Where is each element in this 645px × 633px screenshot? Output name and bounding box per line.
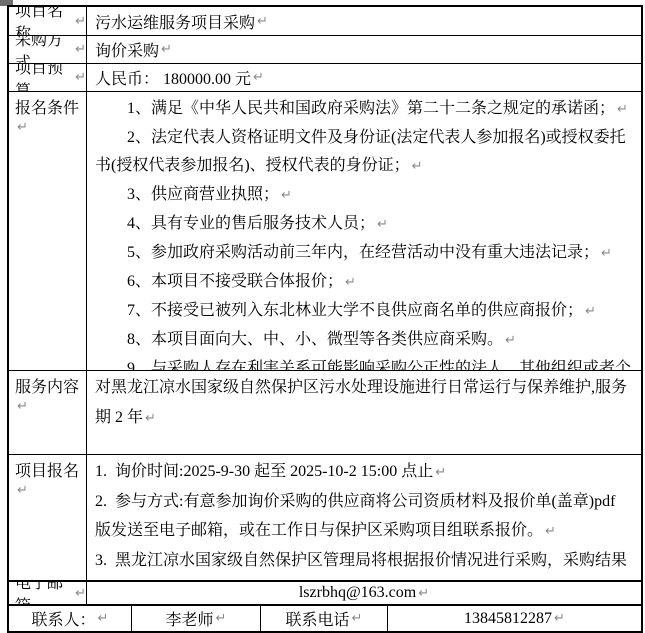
project-name-label: 项目名称 — [15, 7, 73, 35]
table-row: 报名条件↵ 1、满足《中华人民共和国政府采购法》第二十二条之规定的承诺函；↵ 2… — [9, 91, 641, 370]
condition-item-text: 1、满足《中华人民共和国政府采购法》第二十二条之规定的承诺函； — [127, 100, 615, 117]
service-content-text: 对黑龙江凉水国家级自然保护区污水处理设施进行日常运行与保养维护,服务期 2 年↵ — [95, 373, 635, 434]
purchase-method-value: 询价采购 — [95, 38, 159, 61]
paragraph-mark-icon: ↵ — [449, 576, 460, 580]
email-value-cell: lszrbhq@163.com↵ — [87, 582, 641, 604]
conditions-label: 报名条件 — [15, 100, 79, 117]
phone-number: 13845812287 — [464, 610, 552, 628]
email-value: lszrbhq@163.com — [299, 584, 416, 602]
service-content-value: 对黑龙江凉水国家级自然保护区污水处理设施进行日常运行与保养维护,服务期 2 年 — [95, 379, 627, 426]
signup-item-text: 3. 黑龙江凉水国家级自然保护区管理局将根据报价情况进行采购，采购结果在黑龙江凉… — [95, 552, 627, 580]
purchase-method-label-cell: 采购方式↵ — [9, 36, 87, 63]
condition-item: 5、参加政府采购活动前三年内，在经营活动中没有重大违法记录；↵ — [95, 239, 635, 268]
condition-item-text: 5、参加政府采购活动前三年内，在经营活动中没有重大违法记录； — [127, 244, 599, 261]
signup-item: 2. 参与方式:有意参加询价采购的供应商将公司资质材料及报价单(盖章)pdf 版… — [95, 487, 635, 546]
phone-label-cell: 联系电话↵ — [261, 606, 388, 631]
signup-item: 1. 询价时间:2025-9-30 起至 2025-10-2 15:00 点止↵ — [95, 457, 635, 487]
paragraph-mark-icon: ↵ — [545, 517, 556, 546]
paragraph-mark-icon: ↵ — [75, 70, 86, 85]
paragraph-mark-icon: ↵ — [617, 96, 628, 124]
signup-label-cell: 项目报名↵ — [9, 455, 87, 580]
paragraph-mark-icon: ↵ — [281, 182, 292, 210]
contact-label: 联系人： — [32, 607, 96, 630]
paragraph-mark-icon: ↵ — [75, 42, 86, 57]
condition-item-text: 4、具有专业的售后服务技术人员； — [127, 215, 375, 232]
paragraph-mark-icon: ↵ — [412, 153, 423, 181]
paragraph-mark-icon: ↵ — [75, 586, 86, 601]
paragraph-mark-icon: ↵ — [601, 240, 612, 268]
service-content-label: 服务内容 — [15, 379, 79, 396]
condition-item: 1、满足《中华人民共和国政府采购法》第二十二条之规定的承诺函；↵ — [95, 95, 635, 124]
condition-item: 3、供应商营业执照；↵ — [95, 181, 635, 210]
purchase-method-value-cell: 询价采购↵ — [87, 36, 641, 63]
budget-value-cell: 人民币： 180000.00 元↵ — [87, 64, 641, 91]
conditions-value-cell: 1、满足《中华人民共和国政府采购法》第二十二条之规定的承诺函；↵ 2、法定代表人… — [87, 92, 641, 370]
service-content-value-cell: 对黑龙江凉水国家级自然保护区污水处理设施进行日常运行与保养维护,服务期 2 年↵ — [87, 371, 641, 454]
phone-number-cell: 13845812287↵ — [388, 606, 641, 631]
contact-label-cell: 联系人：↵ — [9, 606, 132, 631]
paragraph-mark-icon: ↵ — [98, 611, 109, 626]
email-label: 电子邮箱 — [15, 582, 73, 604]
paragraph-mark-icon: ↵ — [17, 120, 28, 135]
paragraph-mark-icon: ↵ — [216, 611, 227, 626]
email-label-cell: 电子邮箱↵ — [9, 582, 87, 604]
condition-item: 2、法定代表人资格证明文件及身份证(法定代表人参加报名)或授权委托书(授权代表参… — [95, 124, 635, 181]
table-row: 联系人：↵ 李老师↵ 联系电话↵ 13845812287↵ — [9, 604, 641, 631]
signup-item-text: 1. 询价时间:2025-9-30 起至 2025-10-2 15:00 点止 — [95, 463, 433, 480]
paragraph-mark-icon: ↵ — [554, 611, 565, 626]
paragraph-mark-icon: ↵ — [377, 211, 388, 239]
table-row: 项目报名↵ 1. 询价时间:2025-9-30 起至 2025-10-2 15:… — [9, 454, 641, 580]
condition-item: 6、本项目不接受联合体报价；↵ — [95, 268, 635, 297]
table-row: 项目预算↵ 人民币： 180000.00 元↵ — [9, 63, 641, 91]
procurement-table: 项目名称↵ 污水运维服务项目采购↵ 采购方式↵ 询价采购↵ 项目预算↵ 人民币：… — [7, 5, 643, 633]
paragraph-mark-icon: ↵ — [75, 14, 86, 29]
condition-item-text: 9、与采购人存在利害关系可能影响采购公正性的法人、其他组织或者个人，不得参加报价… — [95, 360, 631, 370]
contact-name: 李老师 — [166, 607, 214, 630]
paragraph-mark-icon: ↵ — [345, 269, 356, 297]
budget-label-cell: 项目预算↵ — [9, 64, 87, 91]
condition-item-text: 6、本项目不接受联合体报价； — [127, 273, 343, 290]
signup-value-cell: 1. 询价时间:2025-9-30 起至 2025-10-2 15:00 点止↵… — [87, 455, 641, 580]
condition-item: 4、具有专业的售后服务技术人员；↵ — [95, 210, 635, 239]
budget-value: 人民币： 180000.00 元 — [95, 66, 251, 89]
paragraph-mark-icon: ↵ — [161, 42, 172, 57]
condition-item: 7、不接受已被列入东北林业大学不良供应商名单的供应商报价；↵ — [95, 297, 635, 326]
table-row: 项目名称↵ 污水运维服务项目采购↵ — [9, 7, 641, 35]
paragraph-mark-icon: ↵ — [585, 298, 596, 326]
paragraph-mark-icon: ↵ — [145, 404, 156, 434]
paragraph-mark-icon: ↵ — [253, 70, 264, 85]
paragraph-mark-icon: ↵ — [418, 586, 429, 601]
project-name-value: 污水运维服务项目采购 — [95, 10, 255, 33]
paragraph-mark-icon: ↵ — [257, 14, 268, 29]
signup-label: 项目报名 — [15, 463, 79, 480]
paragraph-mark-icon: ↵ — [352, 611, 363, 626]
paragraph-mark-icon: ↵ — [435, 458, 446, 487]
signup-item: 3. 黑龙江凉水国家级自然保护区管理局将根据报价情况进行采购，采购结果在黑龙江凉… — [95, 546, 635, 580]
project-name-value-cell: 污水运维服务项目采购↵ — [87, 7, 641, 35]
paragraph-mark-icon: ↵ — [17, 399, 28, 414]
contact-name-cell: 李老师↵ — [132, 606, 261, 631]
table-row: 电子邮箱↵ lszrbhq@163.com↵ — [9, 580, 641, 604]
condition-item-text: 2、法定代表人资格证明文件及身份证(法定代表人参加报名)或授权委托书(授权代表参… — [95, 129, 626, 174]
budget-label: 项目预算 — [15, 64, 73, 91]
condition-item-text: 8、本项目面向大、中、小、微型等各类供应商采购。 — [127, 331, 503, 348]
condition-item-text: 3、供应商营业执照； — [127, 186, 279, 203]
paragraph-mark-icon: ↵ — [505, 327, 516, 355]
purchase-method-label: 采购方式 — [15, 36, 73, 63]
table-row: 服务内容↵ 对黑龙江凉水国家级自然保护区污水处理设施进行日常运行与保养维护,服务… — [9, 370, 641, 454]
project-name-label-cell: 项目名称↵ — [9, 7, 87, 35]
conditions-label-cell: 报名条件↵ — [9, 92, 87, 370]
signup-item-text: 2. 参与方式:有意参加询价采购的供应商将公司资质材料及报价单(盖章)pdf 版… — [95, 493, 619, 539]
table-row: 采购方式↵ 询价采购↵ — [9, 35, 641, 63]
paragraph-mark-icon: ↵ — [17, 483, 28, 498]
condition-item: 9、与采购人存在利害关系可能影响采购公正性的法人、其他组织或者个人，不得参加报价… — [95, 355, 635, 370]
condition-item-text: 7、不接受已被列入东北林业大学不良供应商名单的供应商报价； — [127, 302, 583, 319]
condition-item: 8、本项目面向大、中、小、微型等各类供应商采购。↵ — [95, 326, 635, 355]
service-content-label-cell: 服务内容↵ — [9, 371, 87, 454]
phone-label: 联系电话 — [286, 607, 350, 630]
document-page: 项目名称↵ 污水运维服务项目采购↵ 采购方式↵ 询价采购↵ 项目预算↵ 人民币：… — [0, 0, 645, 633]
